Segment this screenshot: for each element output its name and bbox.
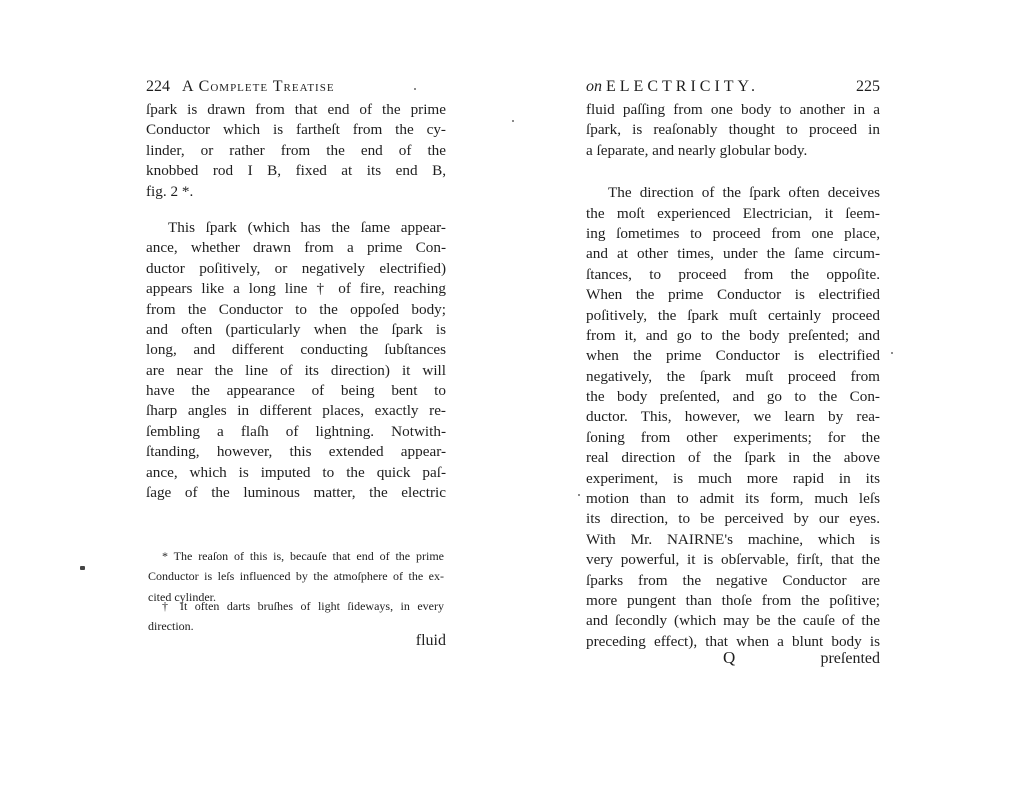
text-line: and at other times, under the ſame circu… xyxy=(586,244,880,264)
text-line: when the prime Conductor is electrified xyxy=(586,346,880,366)
text-line: real direction of the ſpark in the above xyxy=(586,448,880,468)
paragraph: fluid paſſing from one body to another i… xyxy=(586,100,880,161)
footnote-line: * The reaſon of this is, becauſe that en… xyxy=(148,548,444,568)
left-page-number: 224 xyxy=(146,78,170,95)
left-running-head: 224 A Complete Treatise xyxy=(146,78,335,96)
text-line: ductor poſitively, or negatively electri… xyxy=(146,259,446,279)
left-running-head-title: A Complete Treatise xyxy=(182,78,335,95)
footnote-line: Conductor is leſs influenced by the atmo… xyxy=(148,568,444,588)
text-line: negatively, the ſpark muſt proceed from xyxy=(586,367,880,387)
paragraph: This ſpark (which has the ſame appear- a… xyxy=(146,218,446,503)
right-running-head-prefix: on xyxy=(586,78,602,95)
text-line: ſtances, to proceed from the oppoſite. xyxy=(586,265,880,285)
right-page-body: fluid paſſing from one body to another i… xyxy=(586,100,880,652)
paragraph: ſpark is drawn from that end of the prim… xyxy=(146,100,446,202)
text-line: ductor. This, however, we learn by rea- xyxy=(586,407,880,427)
text-line: its direction, to be perceived by our ey… xyxy=(586,509,880,529)
text-line: experiment, is much more rapid in its xyxy=(586,469,880,489)
text-line: linder, or rather from the end of the xyxy=(146,141,446,161)
right-page-number: 225 xyxy=(856,78,880,96)
text-line: ſoning from other experiments; for the xyxy=(586,428,880,448)
text-line: ing ſometimes to proceed from one place, xyxy=(586,224,880,244)
text-line: poſitively, the ſpark muſt certainly pro… xyxy=(586,306,880,326)
text-line: from the Conductor to the oppoſed body; xyxy=(146,300,446,320)
text-line: The direction of the ſpark often deceive… xyxy=(586,183,880,203)
left-page-body: ſpark is drawn from that end of the prim… xyxy=(146,100,446,503)
text-line: the moſt experienced Electrician, it ſee… xyxy=(586,204,880,224)
text-line: This ſpark (which has the ſame appear- xyxy=(146,218,446,238)
text-line: long, and different conducting ſubſtance… xyxy=(146,340,446,360)
text-line: have the appearance of being bent to xyxy=(146,381,446,401)
text-line: appears like a long line † of fire, reac… xyxy=(146,279,446,299)
left-catchword: fluid xyxy=(416,632,446,650)
text-line: Conductor which is fartheſt from the cy- xyxy=(146,120,446,140)
text-line: knobbed rod I B, fixed at its end B, xyxy=(146,161,446,181)
right-catchword: preſented xyxy=(820,650,880,668)
text-line: are near the line of its direction) it w… xyxy=(146,361,446,381)
text-line: the body preſented, and go to the Con- xyxy=(586,387,880,407)
footnote-dagger: † It often darts bruſhes of light ſidewa… xyxy=(148,598,444,639)
text-line: ſembling a flaſh of lightning. Notwith- xyxy=(146,422,446,442)
text-line: When the prime Conductor is electrified xyxy=(586,285,880,305)
right-running-head: on ELECTRICITY. 225 xyxy=(586,78,880,96)
footnote-line: † It often darts bruſhes of light ſidewa… xyxy=(148,598,444,618)
text-line: ſharp angles in different places, exactl… xyxy=(146,401,446,421)
text-line: a ſeparate, and nearly globular body. xyxy=(586,141,880,161)
text-line: ſpark is drawn from that end of the prim… xyxy=(146,100,446,120)
right-running-head-title: ELECTRICITY. xyxy=(606,78,759,95)
text-line: ſtanding, however, this extended appear- xyxy=(146,442,446,462)
paragraph: The direction of the ſpark often deceive… xyxy=(586,183,880,652)
text-line: ſage of the luminous matter, the electri… xyxy=(146,483,446,503)
text-line: fluid paſſing from one body to another i… xyxy=(586,100,880,120)
text-line: ſparks from the negative Conductor are xyxy=(586,571,880,591)
text-line: and often (particularly when the ſpark i… xyxy=(146,320,446,340)
text-line: and ſecondly (which may be the cauſe of … xyxy=(586,611,880,631)
text-line: With Mr. NAIRNE's machine, which is xyxy=(586,530,880,550)
text-line: from it, and go to the body preſented; a… xyxy=(586,326,880,346)
footnote-line: direction. xyxy=(148,618,444,638)
text-line: very powerful, it is obſervable, firſt, … xyxy=(586,550,880,570)
text-line: motion than to admit its form, much leſs xyxy=(586,489,880,509)
signature-mark: Q xyxy=(723,648,735,668)
text-line: ſpark, is reaſonably thought to proceed … xyxy=(586,120,880,140)
text-line: fig. 2 *. xyxy=(146,182,446,202)
text-line: ance, which is imputed to the quick paſ- xyxy=(146,463,446,483)
text-line: ance, whether drawn from a prime Con- xyxy=(146,238,446,258)
text-line: more pungent than thoſe from the poſitiv… xyxy=(586,591,880,611)
